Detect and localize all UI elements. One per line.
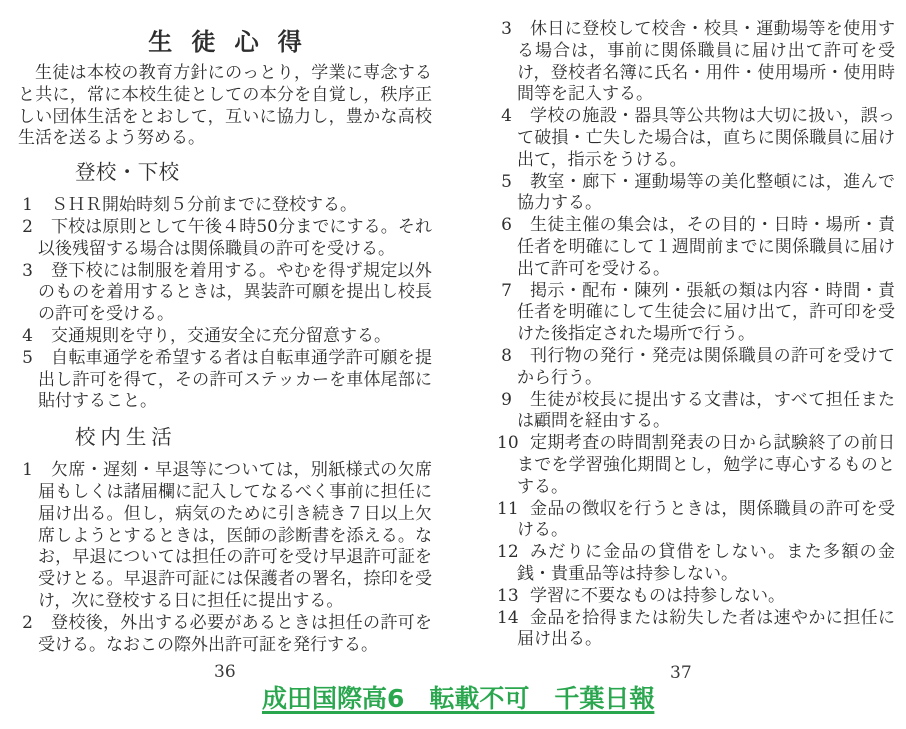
rule-text: 金品の徴収を行うときは，関係職員の許可を受ける。 (517, 499, 895, 541)
rule-number: 4 (18, 326, 33, 348)
rule-item: 8刊行物の発行・発売は関係職員の許可を受けてから行う。 (497, 346, 895, 390)
section-heading-school-life: 校内生活 (75, 424, 432, 451)
rule-item: 1欠席・遅刻・早退等については，別紙様式の欠席届もしくは諸届欄に記入してなるべく… (18, 460, 432, 613)
watermark-text: 成田国際高6 転載不可 千葉日報 (262, 684, 654, 714)
rule-text: 交通規則を守り，交通安全に充分留意する。 (51, 326, 391, 346)
rule-number: 6 (497, 215, 512, 237)
rule-item: 5自転車通学を希望する者は自転車通学許可願を提出し許可を得て，その許可ステッカー… (18, 348, 432, 413)
rule-text: 学習に不要なものは持参しない。 (530, 586, 785, 606)
rule-item: 5教室・廊下・運動場等の美化整頓には，進んで協力する。 (497, 172, 895, 216)
rule-item: 11金品の徴収を行うときは，関係職員の許可を受ける。 (497, 499, 895, 543)
rule-item: 9生徒が校長に提出する文書は，すべて担任または顧問を経由する。 (497, 390, 895, 434)
rule-text: 生徒が校長に提出する文書は，すべて担任または顧問を経由する。 (517, 390, 895, 432)
school-life-rule-list-left: 1欠席・遅刻・早退等については，別紙様式の欠席届もしくは諸届欄に記入してなるべく… (18, 460, 432, 656)
page-title: 生徒心得 (18, 26, 432, 58)
rule-item: 10定期考査の時間割発表の日から試験終了の前日までを学習強化期間とし，勉学に専心… (497, 433, 895, 498)
rule-number: 3 (18, 261, 33, 283)
rule-text: 教室・廊下・運動場等の美化整頓には，進んで協力する。 (517, 172, 895, 214)
rule-item: 14金品を拾得または紛失した者は速やかに担任に届け出る。 (497, 608, 895, 652)
rule-number: 13 (497, 586, 512, 608)
rule-number: 14 (497, 608, 512, 630)
rule-number: 2 (18, 217, 33, 239)
rule-item: 7掲示・配布・陳列・張紙の類は内容・時間・責任者を明確にして生徒会に届け出て，許… (497, 281, 895, 346)
rule-text: 自転車通学を希望する者は自転車通学許可願を提出し許可を得て，その許可ステッカーを… (38, 348, 432, 412)
rule-text: 下校は原則として午後４時50分までにする。それ以後残留する場合は関係職員の許可を… (38, 217, 432, 259)
intro-paragraph: 生徒は本校の教育方針にのっとり，学業に専念すると共に，常に本校生徒としての本分を… (18, 63, 432, 150)
rule-text: 生徒主催の集会は，その目的・日時・場所・責任者を明確にして１週間前までに関係職員… (517, 215, 895, 279)
rule-text: 掲示・配布・陳列・張紙の類は内容・時間・責任者を明確にして生徒会に届け出て，許可… (517, 281, 895, 345)
rule-item: 13学習に不要なものは持参しない。 (497, 586, 895, 608)
rule-number: 8 (497, 346, 512, 368)
rule-text: 金品を拾得または紛失した者は速やかに担任に届け出る。 (517, 608, 895, 650)
rule-item: 4学校の施設・器具等公共物は大切に扱い，誤って破損・亡失した場合は，直ちに関係職… (497, 106, 895, 171)
rule-number: 11 (497, 499, 512, 521)
rule-number: 3 (497, 19, 512, 41)
rule-text: 登下校には制服を着用する。やむを得ず規定以外のものを着用するときは，異装許可願を… (38, 261, 432, 325)
page-left-36: 生徒心得 生徒は本校の教育方針にのっとり，学業に専念すると共に，常に本校生徒とし… (18, 0, 432, 656)
rule-item: 1ＳＨＲ開始時刻５分前までに登校する。 (18, 195, 432, 217)
rule-item: 3登下校には制服を着用する。やむを得ず規定以外のものを着用するときは，異装許可願… (18, 261, 432, 326)
school-life-rule-list-right: 3休日に登校して校舎・校具・運動場等を使用する場合は，事前に関係職員に届け出て許… (497, 19, 895, 651)
rule-item: 2下校は原則として午後４時50分までにする。それ以後残留する場合は関係職員の許可… (18, 217, 432, 261)
rule-number: 9 (497, 390, 512, 412)
rule-number: 4 (497, 106, 512, 128)
rule-number: 7 (497, 281, 512, 303)
rule-item: 3休日に登校して校舎・校具・運動場等を使用する場合は，事前に関係職員に届け出て許… (497, 19, 895, 106)
rule-item: 2登校後，外出する必要があるときは担任の許可を受ける。なおこの際外出許可証を発行… (18, 613, 432, 657)
rule-text: 定期考査の時間割発表の日から試験終了の前日までを学習強化期間とし，勉学に専心する… (517, 433, 895, 497)
rule-text: ＳＨＲ開始時刻５分前までに登校する。 (51, 195, 357, 215)
rule-number: 5 (497, 172, 512, 194)
rule-item: 12みだりに金品の貸借をしない。また多額の金銭・貴重品等は持参しない。 (497, 542, 895, 586)
rule-number: 2 (18, 613, 33, 635)
rule-number: 1 (18, 195, 33, 217)
rule-number: 5 (18, 348, 33, 370)
rule-text: 刊行物の発行・発売は関係職員の許可を受けてから行う。 (517, 346, 895, 388)
page-right-37: 3休日に登校して校舎・校具・運動場等を使用する場合は，事前に関係職員に届け出て許… (497, 0, 895, 651)
rule-number: 1 (18, 460, 33, 482)
rule-number: 10 (497, 433, 512, 455)
rule-item: 4交通規則を守り，交通安全に充分留意する。 (18, 326, 432, 348)
rule-item: 6生徒主催の集会は，その目的・日時・場所・責任者を明確にして１週間前までに関係職… (497, 215, 895, 280)
rule-text: 学校の施設・器具等公共物は大切に扱い，誤って破損・亡失した場合は，直ちに関係職員… (517, 106, 895, 170)
rule-number: 12 (497, 542, 512, 564)
commute-rule-list: 1ＳＨＲ開始時刻５分前までに登校する。 2下校は原則として午後４時50分までにす… (18, 195, 432, 413)
page-number-right: 37 (670, 663, 692, 683)
rule-text: みだりに金品の貸借をしない。また多額の金銭・貴重品等は持参しない。 (517, 542, 895, 584)
section-heading-commute: 登校・下校 (75, 159, 432, 186)
page-number-left: 36 (214, 662, 236, 682)
rule-text: 欠席・遅刻・早退等については，別紙様式の欠席届もしくは諸届欄に記入してなるべく事… (38, 460, 432, 611)
rule-text: 登校後，外出する必要があるときは担任の許可を受ける。なおこの際外出許可証を発行す… (38, 613, 432, 655)
rule-text: 休日に登校して校舎・校具・運動場等を使用する場合は，事前に関係職員に届け出て許可… (517, 19, 895, 104)
